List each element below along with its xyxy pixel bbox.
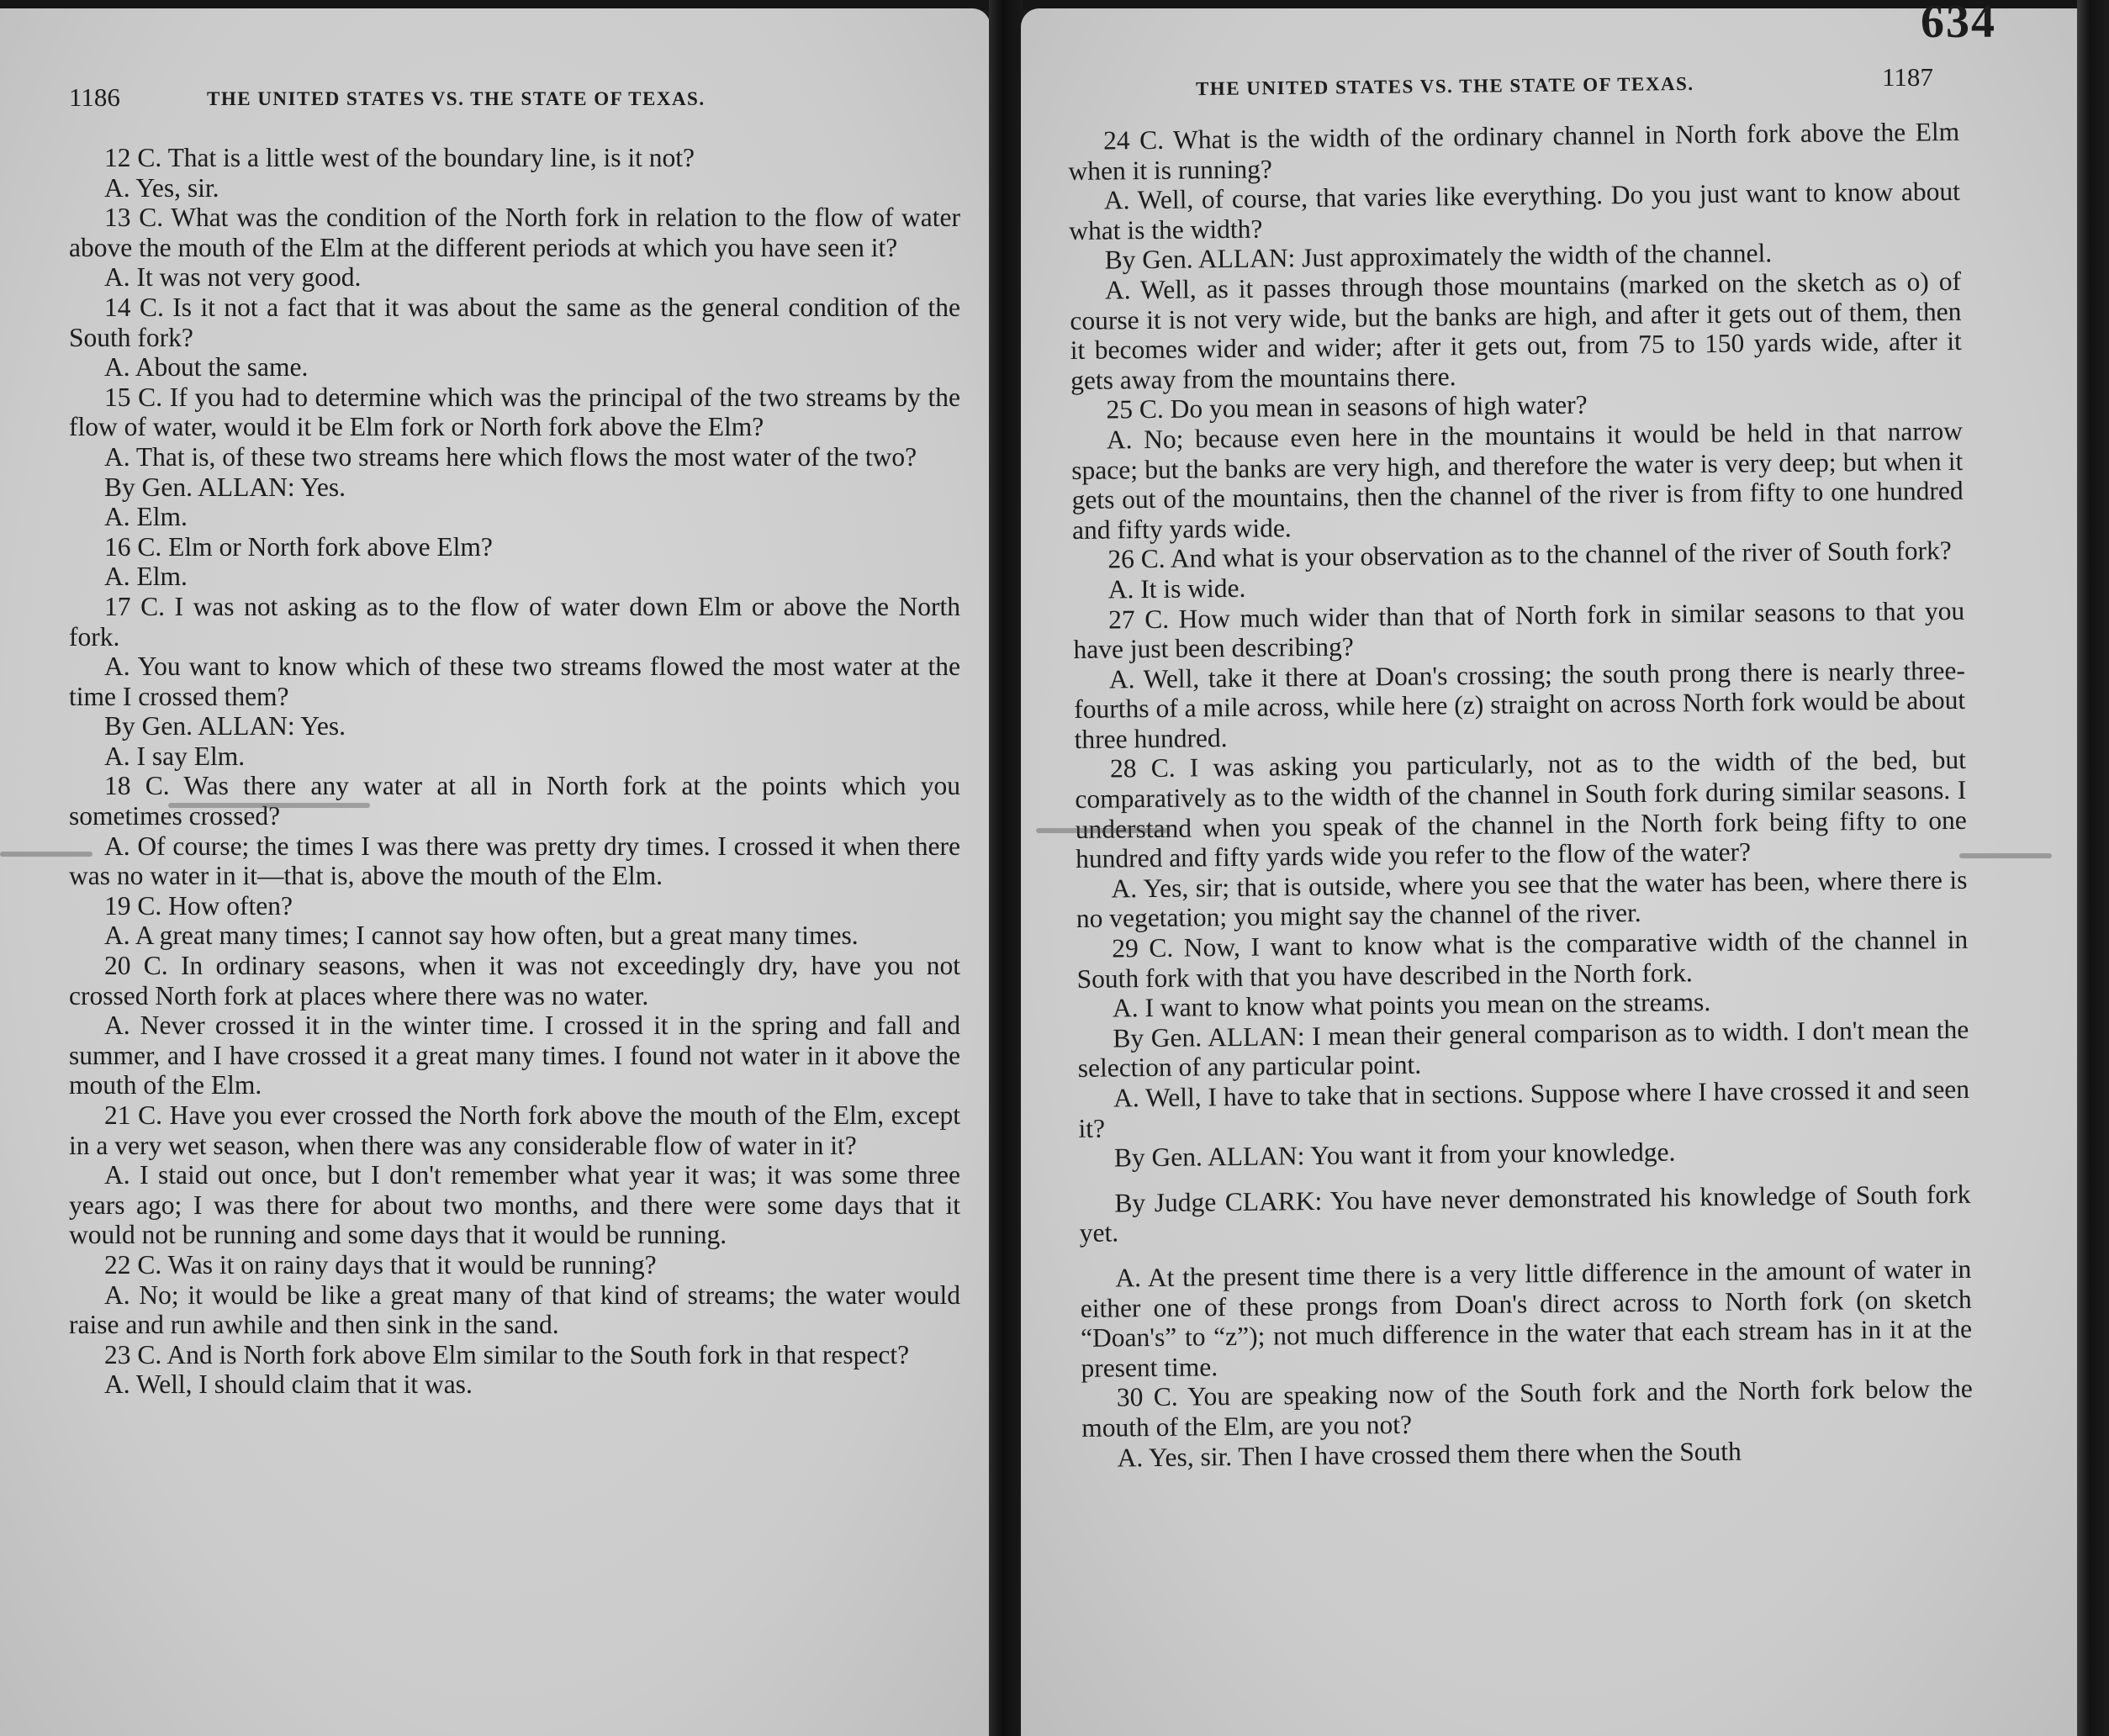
paragraph: 23 C. And is North fork above Elm simila…	[69, 1340, 960, 1370]
left-page-body: 12 C. That is a little west of the bound…	[69, 143, 960, 1400]
paragraph: By Gen. ALLAN: I mean their general comp…	[1077, 1015, 1969, 1084]
paragraph: A. That is, of these two streams here wh…	[69, 442, 960, 472]
paragraph: 21 C. Have you ever crossed the North fo…	[69, 1100, 960, 1160]
paragraph: A. Well, I should claim that it was.	[69, 1369, 960, 1400]
paragraph: A. Never crossed it in the winter time. …	[69, 1010, 960, 1100]
paragraph: A. Well, as it passes through those moun…	[1070, 266, 1962, 395]
paragraph: A. No; it would be like a great many of …	[69, 1280, 960, 1340]
paragraph: A. Yes, sir.	[69, 173, 960, 203]
paragraph: 22 C. Was it on rainy days that it would…	[69, 1250, 960, 1280]
right-page-body: 24 C. What is the width of the ordinary …	[1068, 117, 1974, 1473]
ink-smudge	[0, 852, 92, 857]
paragraph: A. You want to know which of these two s…	[69, 652, 960, 711]
paragraph: 17 C. I was not asking as to the flow of…	[69, 592, 960, 652]
paragraph: 29 C. Now, I want to know what is the co…	[1076, 925, 1969, 994]
paragraph: A. I say Elm.	[69, 741, 960, 772]
paragraph: 20 C. In ordinary seasons, when it was n…	[69, 951, 960, 1010]
paragraph: A. Elm.	[69, 562, 960, 592]
paragraph: 16 C. Elm or North fork above Elm?	[69, 532, 960, 562]
paragraph: A. Well, take it there at Doan's crossin…	[1074, 656, 1966, 755]
paragraph: 13 C. What was the condition of the Nort…	[69, 203, 960, 262]
paragraph: 27 C. How much wider than that of North …	[1073, 595, 1965, 664]
paragraph: By Gen. ALLAN: Yes.	[69, 711, 960, 741]
paragraph: 30 C. You are speaking now of the South …	[1081, 1374, 1974, 1443]
paragraph: 14 C. Is it not a fact that it was about…	[69, 293, 960, 352]
paragraph: A. Elm.	[69, 502, 960, 532]
left-running-head: THE UNITED STATES VS. THE STATE OF TEXAS…	[207, 88, 706, 110]
paragraph: A. I staid out once, but I don't remembe…	[69, 1160, 960, 1250]
book-gutter	[989, 0, 1023, 1736]
paragraph: By Judge CLARK: You have never demonstra…	[1079, 1179, 1971, 1248]
paragraph: A. No; because even here in the mountain…	[1071, 416, 1964, 545]
paragraph: 28 C. I was asking you particularly, not…	[1075, 745, 1967, 873]
paragraph: 18 C. Was there any water at all in Nort…	[69, 771, 960, 831]
right-page-number: 1187	[1882, 62, 1933, 92]
paragraph: 24 C. What is the width of the ordinary …	[1068, 117, 1960, 186]
paragraph: A. About the same.	[69, 352, 960, 383]
paragraph: A. At the present time there is a very l…	[1080, 1254, 1972, 1383]
paragraph: A. It was not very good.	[69, 262, 960, 293]
paragraph: By Gen. ALLAN: Yes.	[69, 472, 960, 503]
paragraph: A. Well, of course, that varies like eve…	[1069, 177, 1961, 245]
sheet-number: 634	[1921, 0, 1996, 49]
paragraph: A. Yes, sir; that is outside, where you …	[1076, 865, 1968, 934]
paragraph: A. Of course; the times I was there was …	[69, 831, 960, 891]
paragraph: A. Well, I have to take that in sections…	[1078, 1074, 1970, 1143]
paragraph: A. A great many times; I cannot say how …	[69, 921, 960, 951]
ink-smudge	[1959, 853, 2052, 858]
paragraph: 19 C. How often?	[69, 891, 960, 921]
ink-smudge	[1036, 828, 1171, 833]
scan-right-edge	[2077, 0, 2109, 1736]
paragraph: 12 C. That is a little west of the bound…	[69, 143, 960, 173]
left-page-number: 1186	[69, 82, 120, 113]
paragraph: 15 C. If you had to determine which was …	[69, 383, 960, 442]
ink-smudge	[168, 803, 370, 808]
